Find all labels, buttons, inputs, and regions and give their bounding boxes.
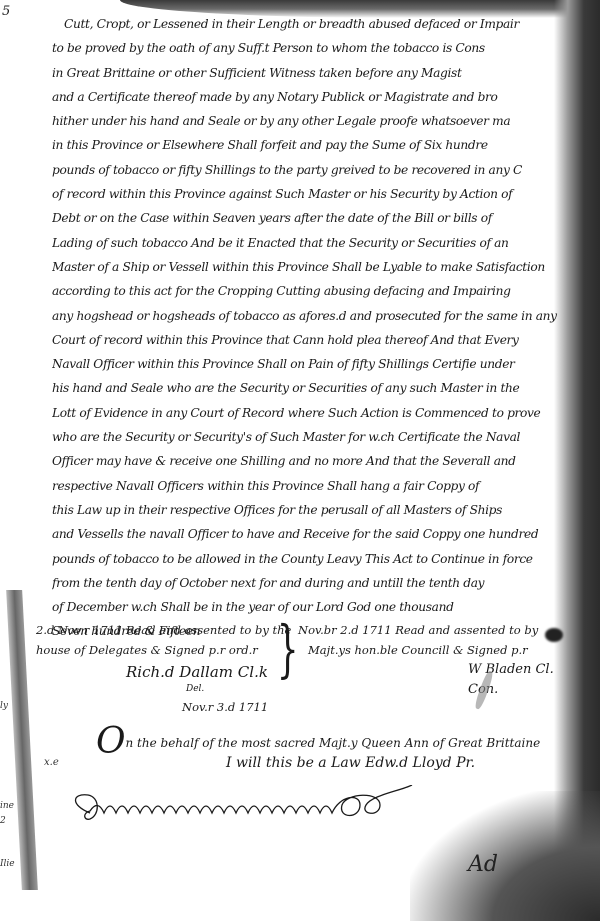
manuscript-line: Officer may have & receive one Shilling … — [52, 449, 572, 473]
clerk-mark: Ad — [468, 852, 498, 877]
scan-edge-bottom-right — [410, 791, 600, 921]
royal-assent-block: On the behalf of the most sacred Majt.y … — [96, 727, 596, 771]
manuscript-line: respective Navall Officers within this P… — [52, 474, 572, 498]
manuscript-line: hither under his hand and Seale or by an… — [52, 109, 572, 133]
delegates-assent-block: 2.d Nov.r 1711 Read and assented to by t… — [36, 620, 306, 694]
manuscript-line: who are the Security or Security's of Su… — [52, 425, 572, 449]
manuscript-line: Cutt, Cropt, or Lessened in their Length… — [52, 12, 572, 36]
manuscript-line: pounds of tobacco or fifty Shillings to … — [52, 158, 572, 182]
page-number: 5 — [2, 4, 10, 19]
pen-flourish-icon — [60, 785, 420, 830]
manuscript-line: and a Certificate thereof made by any No… — [52, 85, 572, 109]
manuscript-line: Debt or on the Case within Seaven years … — [52, 206, 572, 230]
delegates-assent-line: house of Delegates & Signed p.r ord.r — [36, 640, 306, 660]
margin-fragment: ine — [0, 800, 14, 812]
delegates-assent-line: 2.d Nov.r 1711 Read and assented to by t… — [36, 620, 306, 640]
manuscript-line: Court of record within this Province tha… — [52, 328, 572, 352]
margin-mark: x.e — [44, 757, 59, 768]
clerk-signature: Rich.d Dallam Cl.k — [36, 660, 306, 684]
manuscript-line: in Great Brittaine or other Sufficient W… — [52, 61, 572, 85]
manuscript-line: according to this act for the Cropping C… — [52, 279, 572, 303]
manuscript-line: from the tenth day of October next for a… — [52, 571, 572, 595]
curly-brace-icon: } — [277, 618, 299, 680]
council-clerk-signature: W Bladen Cl. Con. — [298, 660, 588, 700]
manuscript-line: of December w.ch Shall be in the year of… — [52, 595, 572, 619]
manuscript-line: any hogshead or hogsheads of tobacco as … — [52, 304, 572, 328]
manuscript-line: his hand and Seale who are the Security … — [52, 376, 572, 400]
margin-fragment: 2 — [0, 815, 14, 827]
royal-assent-line: n the behalf of the most sacred Majt.y Q… — [126, 736, 541, 750]
manuscript-line: Lading of such tobacco And be it Enacted… — [52, 231, 572, 255]
page-binding-shadow — [6, 590, 38, 890]
governor-signature-line: I will this be a Law Edw.d Lloyd Pr. — [96, 755, 596, 771]
manuscript-line: Lott of Evidence in any Court of Record … — [52, 401, 572, 425]
ink-blot — [545, 628, 563, 642]
manuscript-line: in this Province or Elsewhere Shall forf… — [52, 133, 572, 157]
manuscript-body: Cutt, Cropt, or Lessened in their Length… — [52, 12, 572, 644]
manuscript-line: pounds of tobacco to be allowed in the C… — [52, 547, 572, 571]
council-assent-line: Majt.ys hon.ble Councill & Signed p.r — [298, 640, 588, 660]
margin-fragment: Ilie — [0, 858, 14, 870]
margin-fragment: ly — [0, 700, 14, 712]
manuscript-line: to be proved by the oath of any Suff.t P… — [52, 36, 572, 60]
decorated-initial: O — [96, 721, 126, 762]
manuscript-line: and Vessells the navall Officer to have … — [52, 522, 572, 546]
manuscript-line: of record within this Province against S… — [52, 182, 572, 206]
assent-date: Nov.r 3.d 1711 — [182, 700, 268, 714]
manuscript-line: this Law up in their respective Offices … — [52, 498, 572, 522]
manuscript-line: Navall Officer within this Province Shal… — [52, 352, 572, 376]
clerk-signature-title: Del. — [36, 684, 306, 694]
manuscript-line: Master of a Ship or Vessell within this … — [52, 255, 572, 279]
